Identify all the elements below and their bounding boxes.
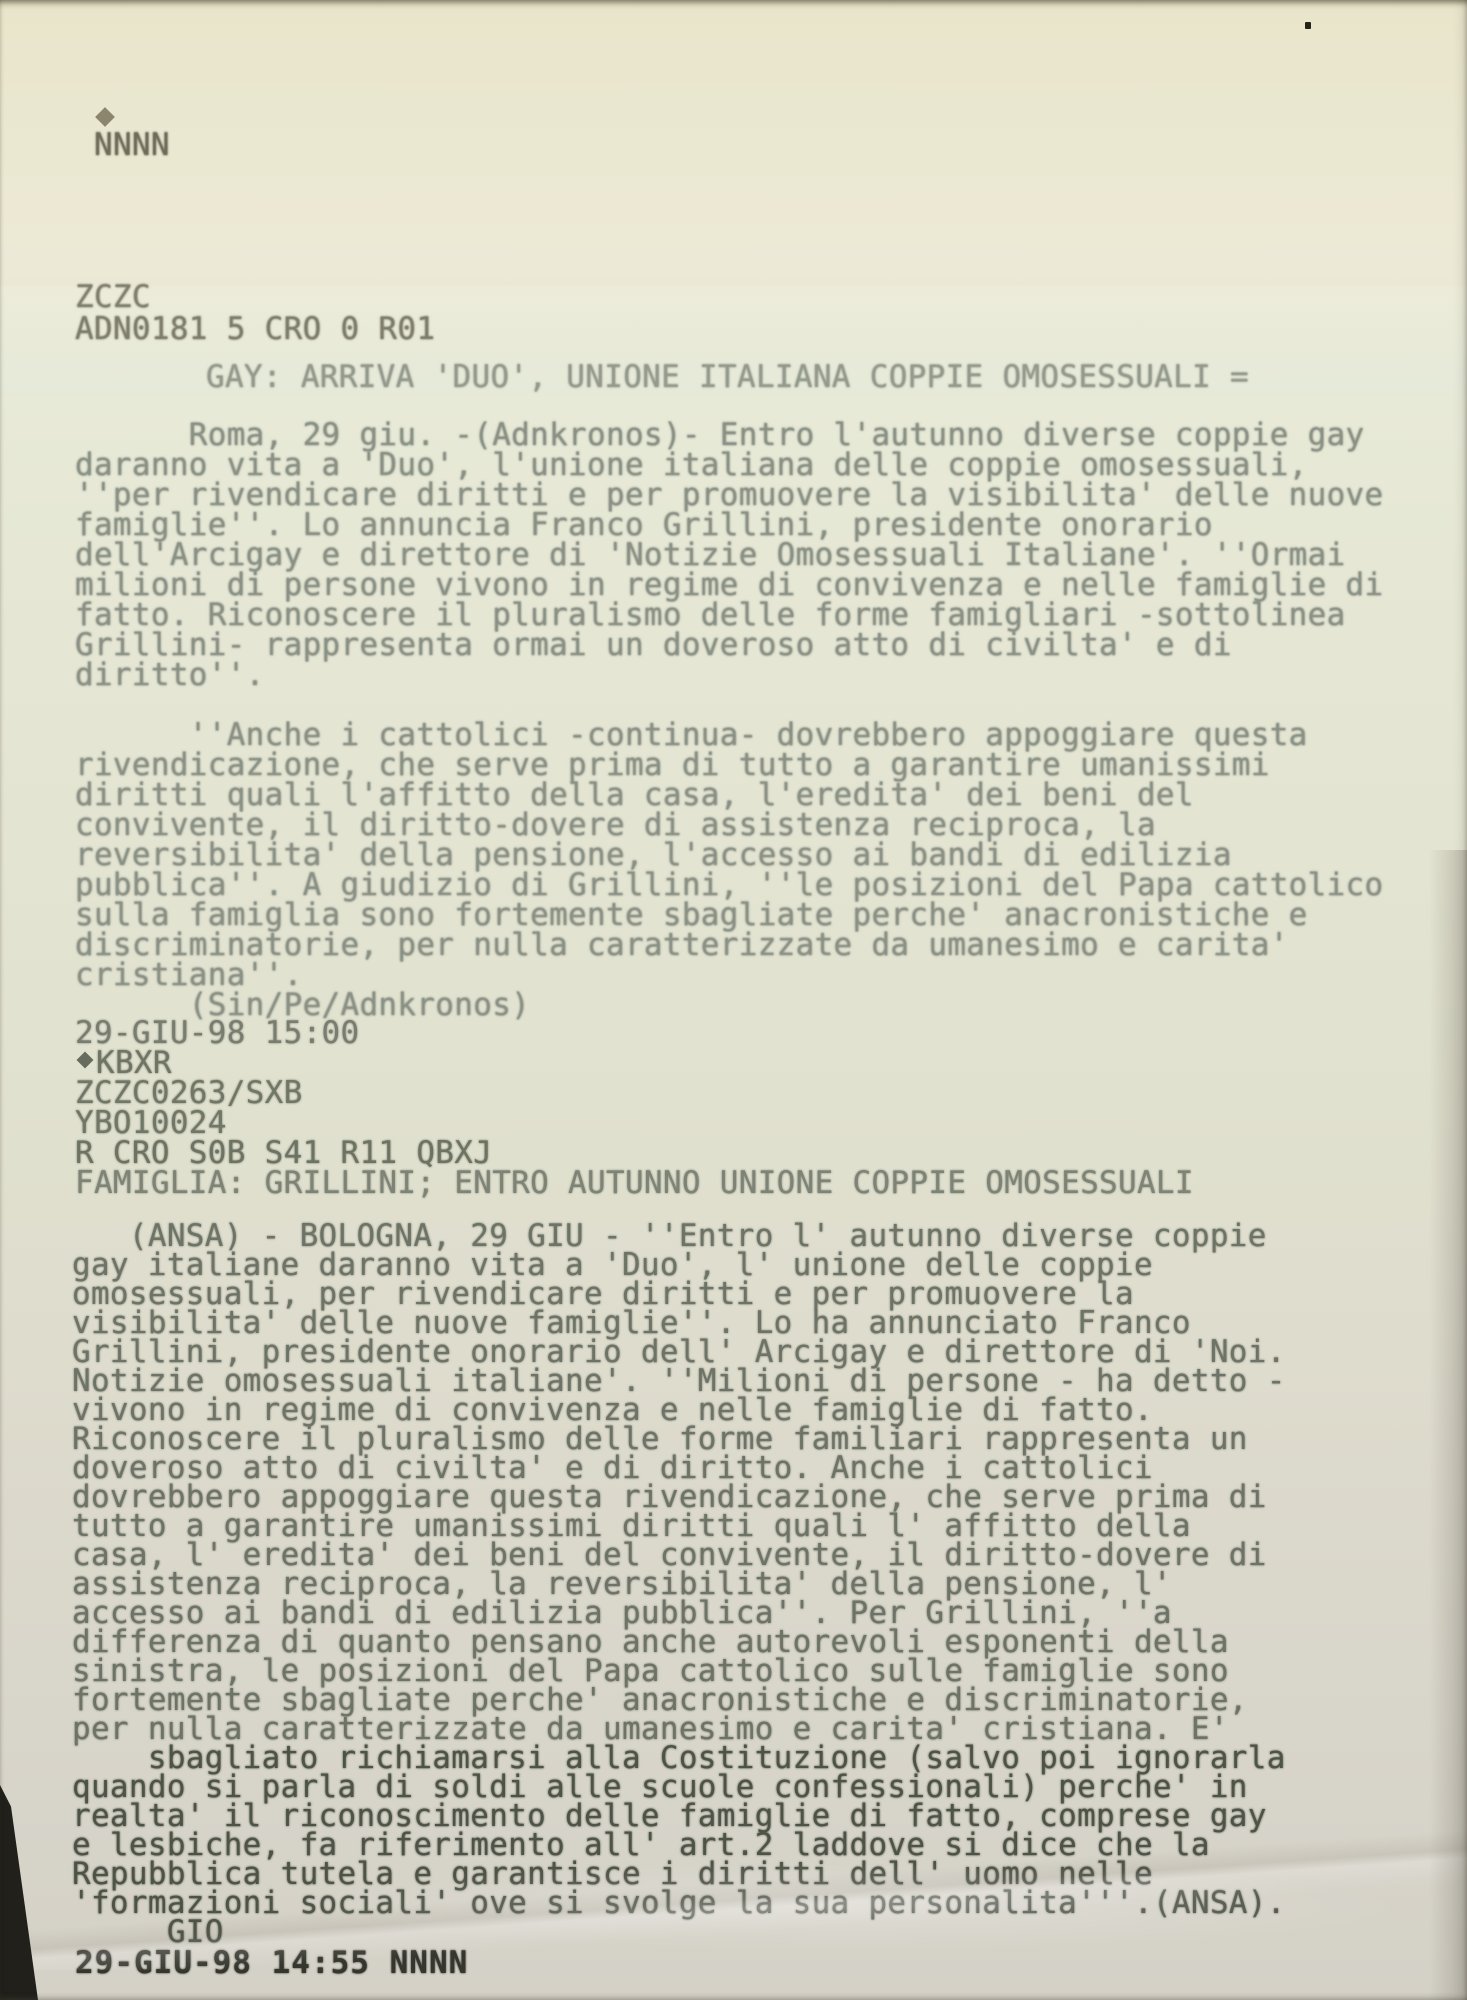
ansa-headline: FAMIGLIA: GRILLINI; ENTRO AUTUNNO UNIONE… [75,1168,1194,1198]
ansa-message-id: YBO10024 [75,1108,227,1138]
adnkronos-body: Roma, 29 giu. -(Adnkronos)- Entro l'autu… [75,420,1384,1020]
diamond-mark-icon [77,1052,94,1069]
scan-edge-shadow [1429,850,1467,2000]
top-nnnn-marker: NNNN [94,130,170,160]
scan-corner-artifact [0,1785,42,2000]
adnkronos-timestamp: 29-GIU-98 15:00 [75,1018,359,1048]
ansa-body-lower: sbagliato richiamarsi alla Costituzione … [72,1744,1286,1947]
ansa-timestamp: 29-GIU-98 14:55 NNNN [75,1948,468,1978]
ansa-body-upper: (ANSA) - BOLOGNA, 29 GIU - ''Entro l' au… [72,1222,1286,1744]
ansa-service-codes: R CRO S0B S41 R11 QBXJ [75,1138,492,1168]
adnkronos-headline: GAY: ARRIVA 'DUO', UNIONE ITALIANA COPPI… [206,362,1249,392]
adnkronos-slug: ADN0181 5 CRO 0 R01 [75,314,435,344]
ansa-start-line: ZCZC0263/SXB [75,1078,303,1108]
ansa-routing-code: KBXR [96,1048,172,1078]
scan-artifact-dot [1305,22,1311,29]
diamond-mark-icon [95,107,115,127]
scanned-wire-page: NNNN ZCZC ADN0181 5 CRO 0 R01 GAY: ARRIV… [0,0,1467,2000]
adnkronos-start-line: ZCZC [75,282,151,312]
